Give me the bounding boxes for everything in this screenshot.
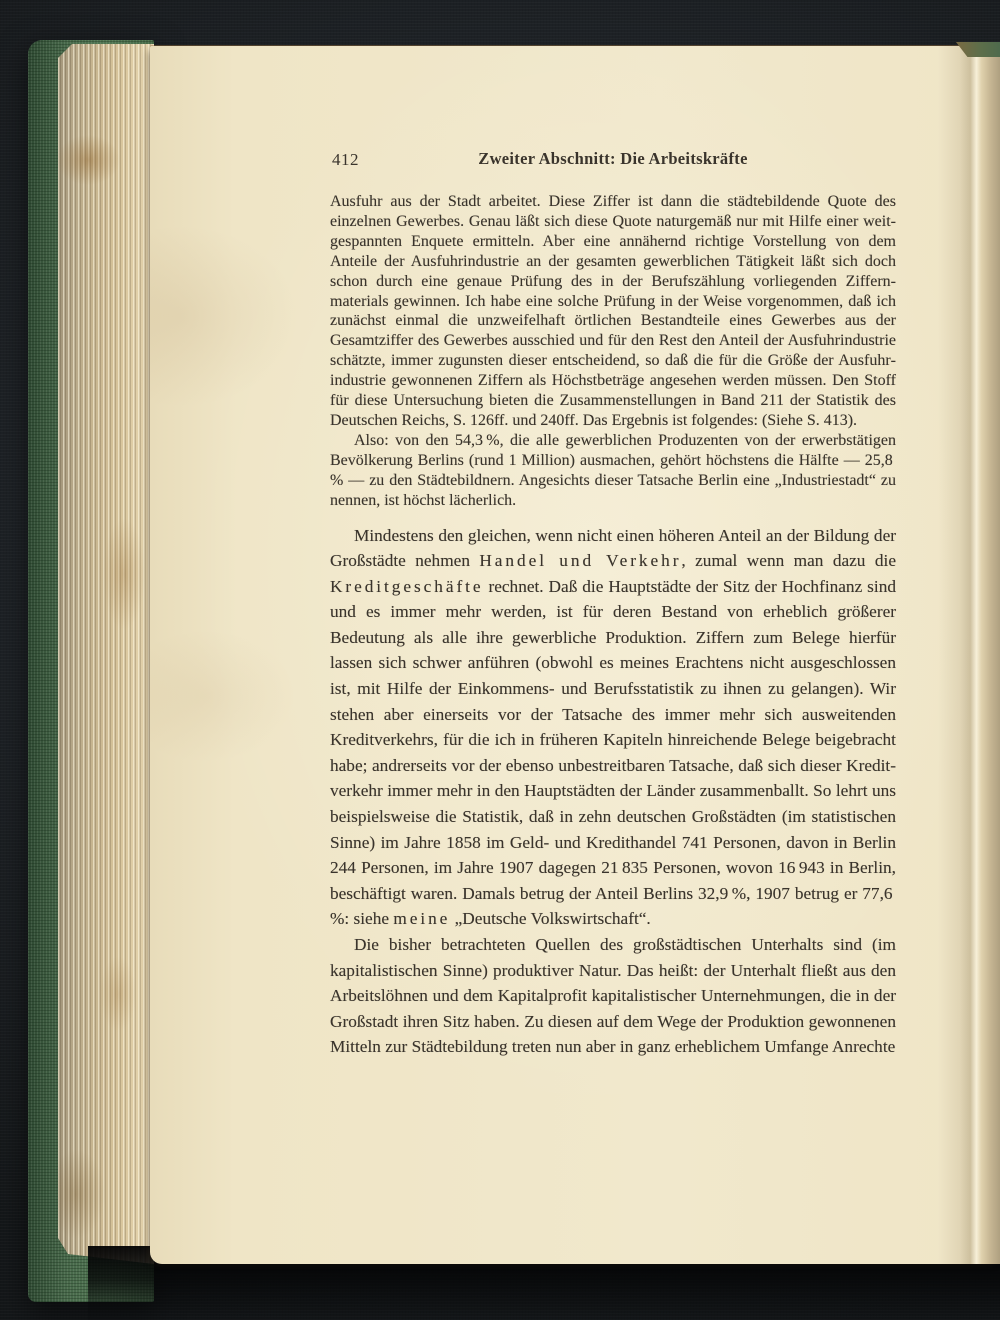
- text-run: „Deutsche Volkswirtschaft“.: [450, 909, 650, 928]
- running-title: Zweiter Abschnitt: Die Arbeitskräfte: [330, 149, 896, 169]
- paragraph: Mindestens den gleichen, wenn nicht eine…: [330, 523, 896, 933]
- letterspaced-emphasis: Handel und Verkehr: [479, 551, 681, 570]
- text-run: Ausfuhr aus der Stadt arbeitet. Diese Zi…: [330, 193, 896, 429]
- paragraph: Also: von den 54,3 %, die alle gewerblic…: [330, 431, 896, 511]
- gutter-shadow: [938, 46, 1000, 1264]
- page-header: 412 Zweiter Abschnitt: Die Arbeitskräfte: [330, 149, 896, 169]
- book-page: 412 Zweiter Abschnitt: Die Arbeitskräfte…: [150, 46, 1000, 1264]
- page-number: 412: [332, 150, 359, 170]
- text-run: Also: von den 54,3 %, die alle gewerblic…: [330, 432, 896, 509]
- text-run: rechnet. Daß die Haupt­städte der Sitz d…: [330, 577, 896, 929]
- page-fore-edges: [58, 44, 154, 1264]
- page-text: Ausfuhr aus der Stadt arbeitet. Diese Zi…: [330, 192, 896, 1060]
- letterspaced-emphasis: meine: [393, 909, 450, 928]
- letterspaced-emphasis: Kreditgeschäfte: [330, 577, 484, 596]
- paragraph: Ausfuhr aus der Stadt arbeitet. Diese Zi…: [330, 192, 896, 431]
- paragraph: Die bisher betrachteten Quellen des groß…: [330, 932, 896, 1060]
- text-run: Die bisher betrachteten Quellen des groß…: [330, 935, 896, 1056]
- text-run: , zumal wenn man dazu die: [681, 551, 896, 570]
